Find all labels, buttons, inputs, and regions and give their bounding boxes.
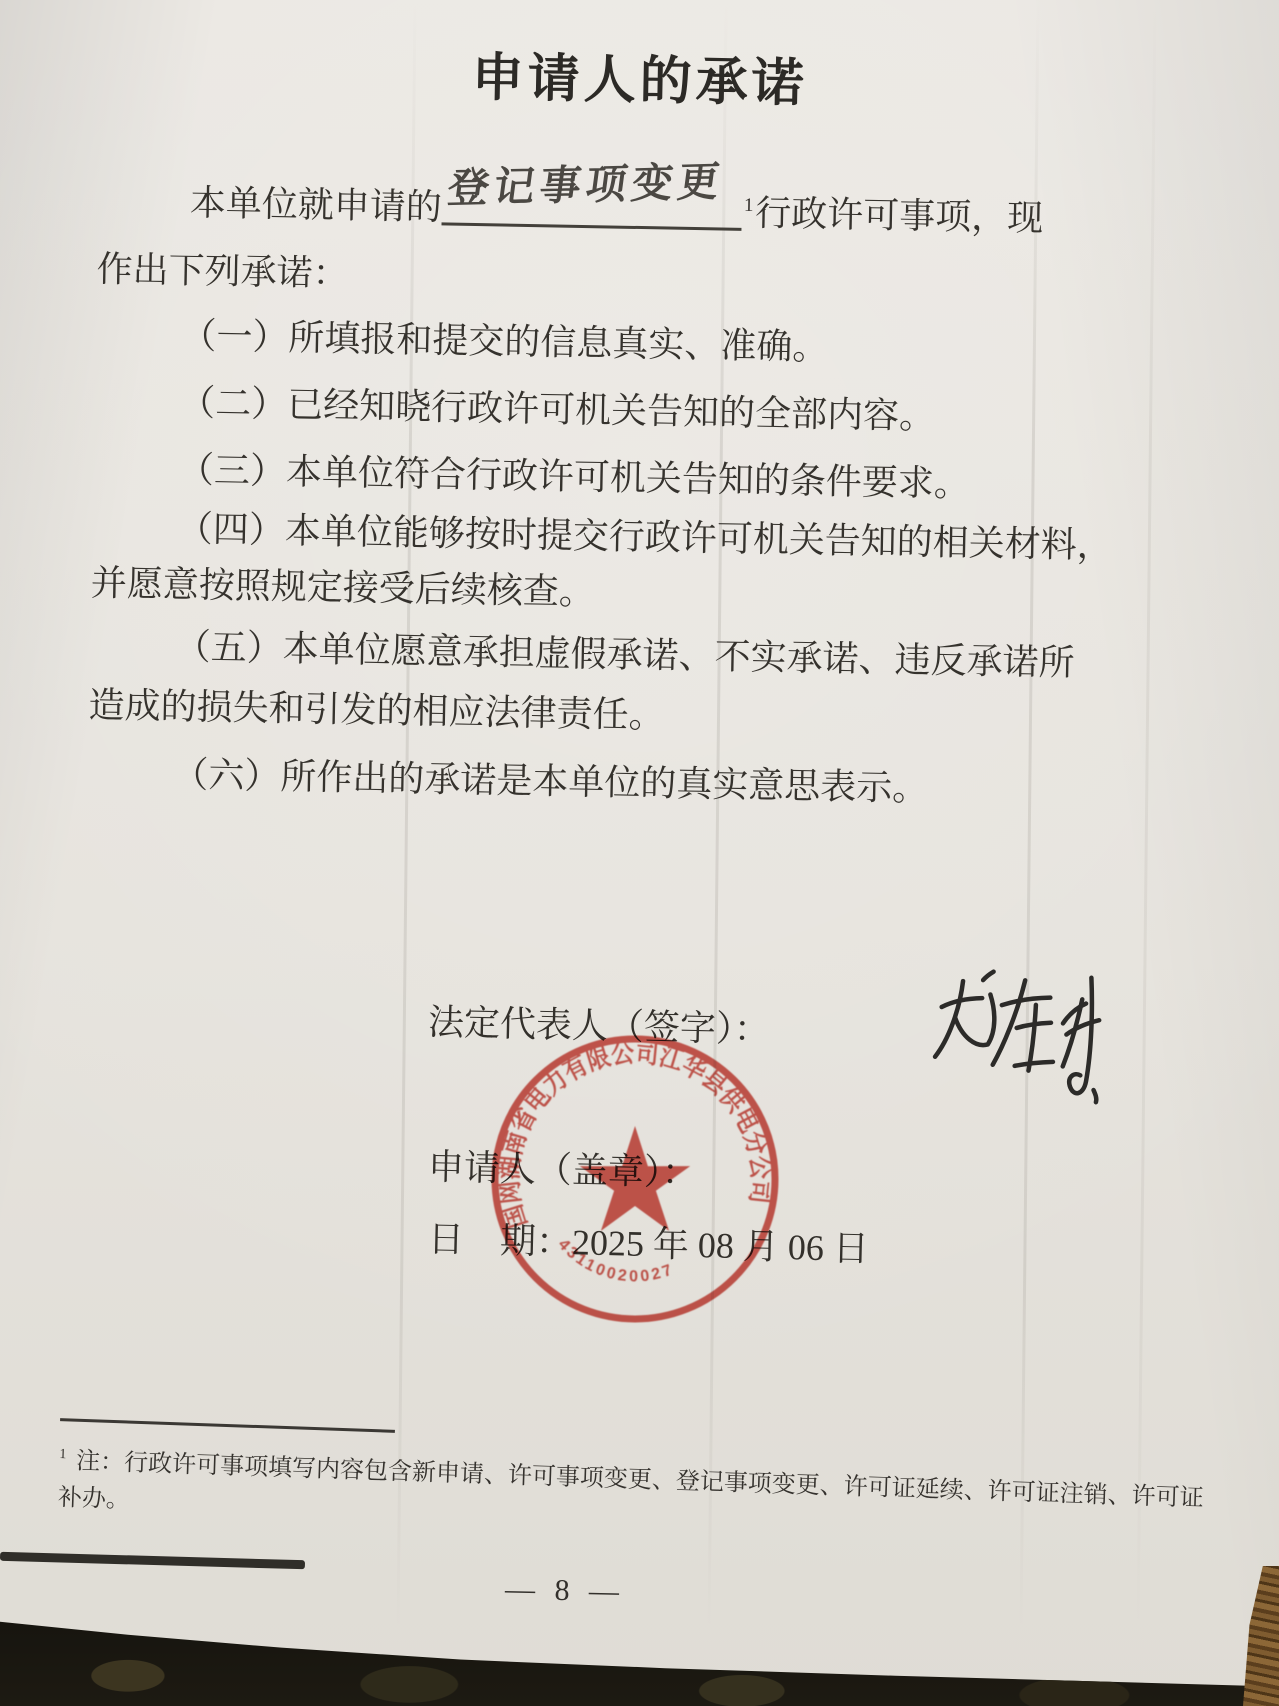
- svg-text:43110020027: 43110020027: [555, 1236, 677, 1285]
- document-photo: 申请人的承诺 本单位就申请的登记事项变更1行政许可事项，现作出下列承诺： （一）…: [0, 0, 1279, 1706]
- intro-paragraph: 本单位就申请的登记事项变更1行政许可事项，现作出下列承诺：: [96, 160, 1173, 323]
- seal-star-icon: [580, 1126, 690, 1231]
- official-seal: 国网湖南省电力有限公司江华县供电分公司 43110020027: [482, 1026, 788, 1332]
- footnote-ref-superscript: 1: [744, 195, 754, 216]
- intro-suffix: 行政许可事项，现: [755, 193, 1044, 238]
- document-body: 申请人的承诺 本单位就申请的登记事项变更1行政许可事项，现作出下列承诺： （一）…: [0, 0, 1279, 826]
- seal-code: 43110020027: [555, 1236, 677, 1285]
- handwritten-entry: 登记事项变更: [444, 147, 729, 222]
- footnote-ref: 1: [59, 1447, 66, 1462]
- page-number: — 8 —: [420, 1571, 711, 1611]
- blank-underline: 登记事项变更: [442, 182, 743, 230]
- intro-prefix: 本单位就申请的: [189, 183, 442, 228]
- intro-line2: 作出下列承诺：: [96, 249, 349, 294]
- page-title: 申请人的承诺: [0, 38, 1279, 123]
- signature-graphic: [926, 962, 1109, 1121]
- commitments-list: （一）所填报和提交的信息真实、准确。 （二）已经知晓行政许可机关告知的全部内容。…: [87, 303, 1171, 824]
